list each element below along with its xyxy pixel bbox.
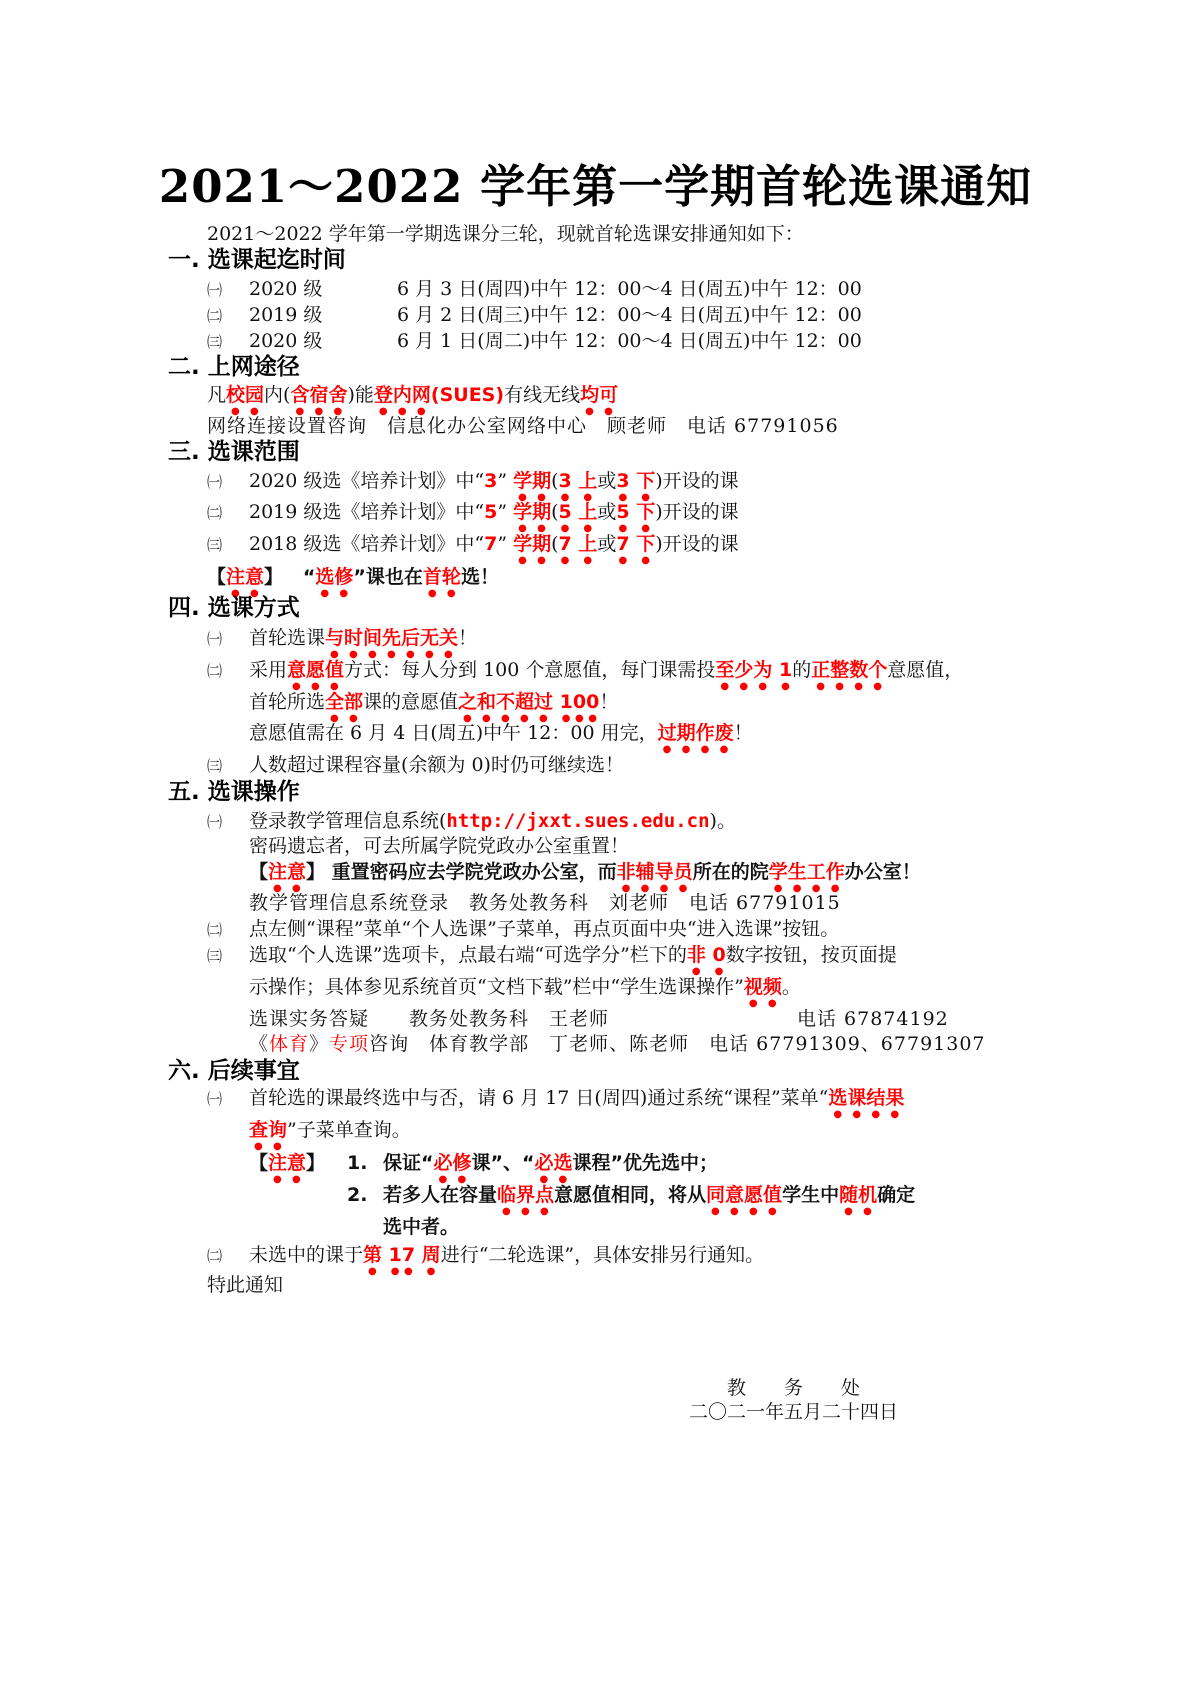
text: 首轮选的课最终选中与否，请 6 月 17 日(周四)通过系统“课程”菜单“	[249, 1087, 828, 1109]
enum-marker: ㈠	[207, 1087, 249, 1111]
highlight: 查询	[249, 1119, 287, 1141]
time-row: ㈢2020 级	[207, 329, 322, 354]
method-row: ㈡采用意愿值方式：每人分到 100 个意愿值，每门课需投至少为 1的正整数个意愿…	[207, 658, 963, 692]
text: )开设的课	[655, 533, 738, 555]
text: 2019 级选《培养计划》中“	[249, 501, 484, 523]
text: 人数超过课程容量(余额为 0)时仍可继续选！	[249, 754, 624, 776]
text: 或	[597, 501, 616, 523]
section-heading-operation: 五. 选课操作	[168, 780, 300, 804]
enum-marker: ㈡	[207, 501, 249, 525]
highlight: 学生工作	[769, 861, 845, 883]
time-row: ㈡2019 级	[207, 303, 322, 328]
text: 2018 级选《培养计划》中“	[249, 533, 484, 555]
highlight: 视频	[744, 976, 782, 998]
text: ”	[497, 470, 507, 492]
text: 方式：每人分到 100 个意愿值，每门课需投	[344, 659, 715, 681]
bracket: 】	[306, 1152, 325, 1174]
text: 的	[792, 659, 811, 681]
pe-contact: 《体育》专项咨询 体育教学部 丁老师、陈老师 电话 67791309、67791…	[249, 1032, 986, 1056]
system-url-link[interactable]: http://jxxt.sues.edu.cn	[446, 810, 709, 832]
text: ”子菜单查询。	[287, 1119, 411, 1141]
text: 选取“个人选课”选项卡，点最右端“可选学分”栏下的	[249, 944, 687, 966]
section-heading-method: 四. 选课方式	[168, 596, 300, 620]
text: 课”、“	[472, 1152, 535, 1174]
highlight: 正整数个	[811, 659, 887, 681]
signature-date: 二〇二一年五月二十四日	[689, 1400, 898, 1424]
enum-marker: ㈢	[207, 330, 249, 354]
network-contact: 网络连接设置咨询 信息化办公室网络中心 顾老师 电话 67791056	[207, 414, 839, 438]
followup-note-item: 2.若多人在容量临界点意愿值相同，将从同意愿值学生中随机确定	[347, 1183, 915, 1217]
followup-note-item-cont: 选中者。	[383, 1215, 459, 1239]
highlight: 学期	[513, 470, 551, 492]
operation-row: ㈢选取“个人选课”选项卡，点最右端“可选学分”栏下的非 0数字按钮，按页面提	[207, 943, 897, 977]
text: 学生中	[782, 1184, 839, 1206]
followup-note-label: 【注意】	[249, 1151, 325, 1185]
text: )能	[347, 384, 373, 406]
bracket: 】	[306, 861, 325, 883]
highlight: 必选	[535, 1152, 573, 1174]
text: 或	[597, 470, 616, 492]
enum-marker: ㈡	[207, 659, 249, 683]
text: )开设的课	[655, 470, 738, 492]
text: 示操作；具体参见系统首页“文档下载”栏中“学生选课操作”	[249, 976, 744, 998]
note-label: 注意	[226, 566, 264, 588]
text: 未选中的课于	[249, 1244, 363, 1266]
network-name: (SUES)	[431, 384, 504, 406]
text: )开设的课	[655, 501, 738, 523]
text: ！	[599, 691, 618, 713]
course-contact: 选课实务答疑 教务处教务科 王老师	[249, 1007, 609, 1031]
text: 选！	[461, 566, 499, 588]
text: (	[551, 501, 558, 523]
course-contact-phone: 电话 67874192	[797, 1007, 949, 1031]
text: “	[303, 566, 316, 588]
followup-row: ㈠首轮选的课最终选中与否，请 6 月 17 日(周四)通过系统“课程”菜单“选课…	[207, 1086, 904, 1120]
method-row-cont: 意愿值需在 6 月 4 日(周五)中午 12：00 用完，过期作废！	[249, 721, 753, 755]
text: 有线无线	[504, 384, 580, 406]
bracket: 【	[207, 566, 226, 588]
page-title: 2021～2022 学年第一学期首轮选课通知	[0, 150, 1191, 215]
followup-note-item: 1.保证“必修课”、“必选课程”优先选中；	[347, 1151, 718, 1185]
item-number: 1.	[347, 1151, 383, 1175]
enum-marker: ㈢	[207, 533, 249, 557]
highlight: 3 下	[616, 470, 655, 492]
time-range: 6 月 3 日(周四)中午 12：00～4 日(周五)中午 12：00	[397, 277, 862, 301]
highlight: 选课结果	[828, 1087, 904, 1109]
method-row-cont: 首轮所选全部课的意愿值之和不超过 100！	[249, 690, 618, 724]
highlight: 含宿舍	[290, 384, 347, 406]
notice-document: 2021～2022 学年第一学期首轮选课通知 2021～2022 学年第一学期选…	[0, 0, 1191, 1684]
highlight: 3	[484, 470, 497, 492]
enum-marker: ㈠	[207, 627, 249, 651]
highlight: 过期作废	[658, 722, 734, 744]
highlight: 5 上	[559, 501, 598, 523]
followup-row: ㈡未选中的课于第 17 周进行“二轮选课”，具体安排另行通知。	[207, 1243, 764, 1277]
operation-row: ㈠登录教学管理信息系统(http://jxxt.sues.edu.cn)。	[207, 809, 736, 834]
text: 数字按钮，按页面提	[726, 944, 897, 966]
followup-row-cont: 查询”子菜单查询。	[249, 1118, 411, 1152]
text: 办公室！	[845, 861, 921, 883]
text: 意愿值相同，将从	[554, 1184, 706, 1206]
highlight: 至少为 1	[715, 659, 792, 681]
system-contact: 教学管理信息系统登录 教务处教务科 刘老师 电话 67791015	[249, 891, 841, 915]
highlight: 7 上	[559, 533, 598, 555]
text: 重置密码应去学院党政办公室，而	[325, 861, 617, 883]
highlight: 非 0	[687, 944, 726, 966]
time-range: 6 月 2 日(周三)中午 12：00～4 日(周五)中午 12：00	[397, 303, 862, 327]
text: ”	[497, 533, 507, 555]
text: 内(	[264, 384, 290, 406]
item-number: 2.	[347, 1183, 383, 1207]
text: 。	[782, 976, 801, 998]
highlight: 首轮	[423, 566, 461, 588]
highlight: 选修	[315, 566, 353, 588]
highlight: 同意愿值	[706, 1184, 782, 1206]
bracket: 【	[249, 1152, 268, 1174]
text: ！	[458, 627, 477, 649]
text: )。	[710, 810, 736, 832]
highlight: 登内网	[374, 384, 431, 406]
section-heading-access: 二. 上网途径	[168, 355, 300, 379]
highlight: 体育	[269, 1033, 309, 1055]
text: 进行“二轮选课”，具体安排另行通知。	[441, 1244, 764, 1266]
note-label: 注意	[268, 861, 306, 883]
intro-paragraph: 2021～2022 学年第一学期选课分三轮，现就首轮选课安排通知如下：	[207, 222, 804, 246]
grade: 2020 级	[249, 278, 322, 300]
text: 《	[249, 1033, 269, 1055]
scope-row: ㈠2020 级选《培养计划》中“3” 学期(3 上或3 下)开设的课	[207, 469, 739, 503]
highlight: 5 下	[616, 501, 655, 523]
operation-row-cont: 示操作；具体参见系统首页“文档下载”栏中“学生选课操作”视频。	[249, 975, 801, 1009]
highlight: 意愿值	[287, 659, 344, 681]
highlight: 7	[484, 533, 497, 555]
text: 意愿值，	[887, 659, 963, 681]
highlight: 专项	[329, 1033, 369, 1055]
highlight: 随机	[839, 1184, 877, 1206]
signature-dept: 教 务 处	[727, 1376, 860, 1400]
highlight: 必修	[434, 1152, 472, 1174]
text: 2020 级选《培养计划》中“	[249, 470, 484, 492]
text: (	[551, 470, 558, 492]
highlight: 学期	[513, 533, 551, 555]
text: 点左侧“课程”菜单“个人选课”子菜单，再点页面中央“进入选课”按钮。	[249, 918, 839, 940]
enum-marker: ㈠	[207, 278, 249, 302]
enum-marker: ㈢	[207, 944, 249, 968]
operation-row: ㈡点左侧“课程”菜单“个人选课”子菜单，再点页面中央“进入选课”按钮。	[207, 917, 839, 942]
text: (	[551, 533, 558, 555]
enum-marker: ㈡	[207, 304, 249, 328]
text: 首轮选课	[249, 627, 325, 649]
password-reset-text: 密码遗忘者，可去所属学院党政办公室重置！	[249, 834, 629, 858]
text: 凡	[207, 384, 226, 406]
highlight: 5	[484, 501, 497, 523]
section-heading-scope: 三. 选课范围	[168, 440, 300, 464]
highlight: 7 下	[616, 533, 655, 555]
grade: 2019 级	[249, 304, 322, 326]
text: 保证“	[383, 1152, 434, 1174]
text: 若多人在容量	[383, 1184, 497, 1206]
text: 咨询 体育教学部 丁老师、陈老师 电话 67791309、67791307	[369, 1033, 985, 1055]
highlight: 之和不超过 100	[458, 691, 599, 713]
password-note: 【注意】 重置密码应去学院党政办公室，而非辅导员所在的院学生工作办公室！	[249, 860, 921, 894]
text: ”课也在	[353, 566, 423, 588]
text: ”	[497, 501, 507, 523]
section-heading-followup: 六. 后续事宜	[168, 1059, 300, 1083]
text: 》	[309, 1033, 329, 1055]
section-heading-time: 一. 选课起迄时间	[168, 248, 346, 272]
highlight: 均可	[580, 384, 618, 406]
text: 或	[597, 533, 616, 555]
text: 登录教学管理信息系统(	[249, 810, 446, 832]
time-row: ㈠2020 级	[207, 277, 322, 302]
text: 采用	[249, 659, 287, 681]
text: ！	[734, 722, 753, 744]
highlight: 第 17 周	[363, 1244, 441, 1266]
scope-note: 【注意】 “选修”课也在首轮选！	[207, 565, 499, 599]
scope-row: ㈡2019 级选《培养计划》中“5” 学期(5 上或5 下)开设的课	[207, 500, 739, 534]
text: 所在的院	[693, 861, 769, 883]
text: 意愿值需在 6 月 4 日(周五)中午 12：00 用完，	[249, 722, 658, 744]
enum-marker: ㈡	[207, 1244, 249, 1268]
enum-marker: ㈡	[207, 918, 249, 942]
grade: 2020 级	[249, 330, 322, 352]
highlight: 临界点	[497, 1184, 554, 1206]
bracket: 【	[249, 861, 268, 883]
method-row: ㈠首轮选课与时间先后无关！	[207, 626, 477, 660]
bracket: 】	[264, 566, 283, 588]
note-label: 注意	[268, 1152, 306, 1174]
text: 首轮所选	[249, 691, 325, 713]
enum-marker: ㈢	[207, 754, 249, 778]
highlight: 校园	[226, 384, 264, 406]
enum-marker: ㈠	[207, 470, 249, 494]
enum-marker: ㈠	[207, 810, 249, 834]
access-line: 凡校园内(含宿舍)能登内网(SUES)有线无线均可	[207, 383, 618, 417]
highlight: 学期	[513, 501, 551, 523]
scope-row: ㈢2018 级选《培养计划》中“7” 学期(7 上或7 下)开设的课	[207, 532, 739, 566]
method-row: ㈢人数超过课程容量(余额为 0)时仍可继续选！	[207, 753, 624, 778]
time-range: 6 月 1 日(周二)中午 12：00～4 日(周五)中午 12：00	[397, 329, 862, 353]
highlight: 3 上	[559, 470, 598, 492]
text: 课的意愿值	[363, 691, 458, 713]
closing-text: 特此通知	[207, 1273, 283, 1297]
highlight: 与时间先后无关	[325, 627, 458, 649]
highlight: 非辅导员	[617, 861, 693, 883]
highlight: 全部	[325, 691, 363, 713]
text: 课程”优先选中；	[573, 1152, 719, 1174]
text: 确定	[877, 1184, 915, 1206]
